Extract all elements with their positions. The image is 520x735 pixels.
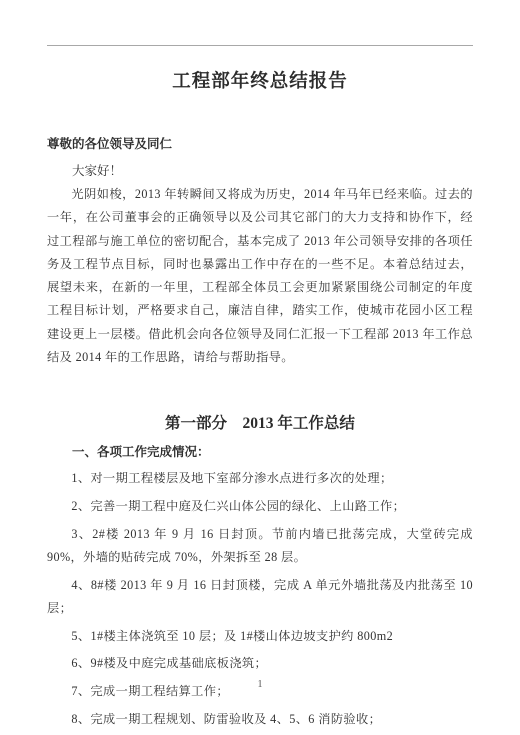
list-item-4: 4、8#楼 2013 年 9 月 16 日封顶楼，完成 A 单元外墙批荡及内批荡… [47, 574, 473, 620]
list-item-8: 8、完成一期工程规划、防雷验收及 4、5、6 消防验收； [47, 708, 473, 731]
greeting: 大家好！ [47, 160, 473, 183]
section1-heading: 第一部分 2013 年工作总结 [47, 411, 473, 436]
page-number: 1 [0, 679, 520, 690]
document-page: 工程部年终总结报告 尊敬的各位领导及同仁 大家好！ 光阴如梭，2013 年转瞬间… [0, 0, 520, 735]
list-item-1: 1、对一期工程楼层及地下室部分渗水点进行多次的处理； [47, 467, 473, 490]
section1-subheading: 一、各项工作完成情况： [47, 441, 473, 464]
intro-paragraph: 光阴如梭，2013 年转瞬间又将成为历史，2014 年马年已经来临。过去的一年，… [47, 183, 473, 369]
list-item-2: 2、完善一期工程中庭及仁兴山体公园的绿化、上山路工作； [47, 495, 473, 518]
list-item-6: 6、9#楼及中庭完成基础底板浇筑； [47, 652, 473, 675]
header-divider [47, 45, 473, 46]
salutation: 尊敬的各位领导及同仁 [47, 133, 473, 156]
work-items-list: 1、对一期工程楼层及地下室部分渗水点进行多次的处理； 2、完善一期工程中庭及仁兴… [47, 467, 473, 731]
list-item-3: 3、2#楼 2013 年 9 月 16 日封顶。节前内墙已批荡完成，大堂砖完成 … [47, 523, 473, 569]
document-title: 工程部年终总结报告 [47, 0, 473, 96]
list-item-5: 5、1#楼主体浇筑至 10 层；及 1#楼山体边坡支护约 800m2 [47, 625, 473, 648]
